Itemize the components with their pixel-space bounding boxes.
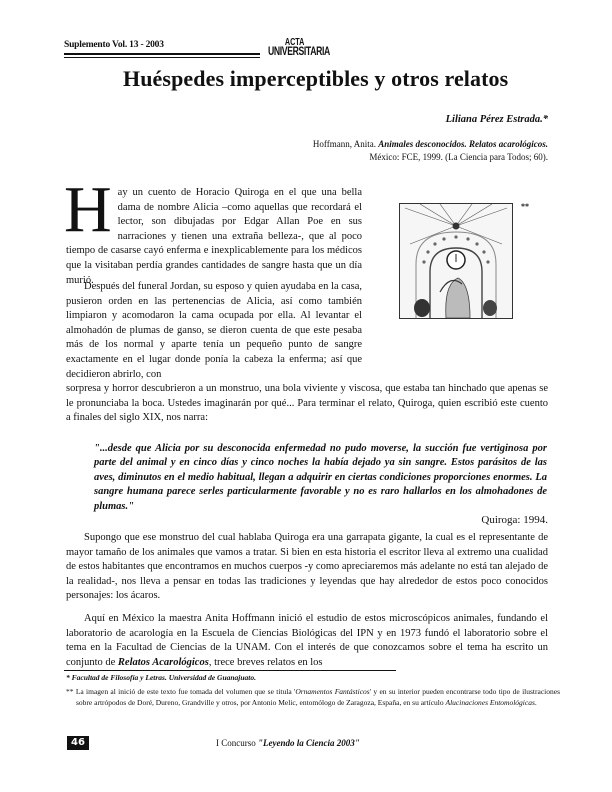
reference-publisher: México: FCE, 1999. (La Ciencia para Todo… — [369, 152, 548, 162]
book-title-relatos: Relatos Acarológicos — [118, 657, 209, 668]
footnote-image-source: ** La imagen al inició de este texto fue… — [66, 686, 560, 708]
footnote2-text-c: . — [535, 698, 537, 707]
footnote2-text-a: ** La imagen al inició de este texto fue… — [66, 687, 295, 696]
contest-name: "Leyendo la Ciencia 2003" — [258, 738, 360, 748]
logo-line2: UNIVERSITARIA — [268, 47, 311, 56]
paragraph-hoffmann-end: , trece breves relatos en los — [209, 657, 323, 668]
paragraph-hoffmann: Aquí en México la maestra Anita Hoffmann… — [66, 612, 548, 670]
paragraph-funeral: Después del funeral Jordan, su esposo y … — [66, 280, 362, 382]
reference-author: Hoffmann, Anita. — [313, 139, 378, 149]
footnote2-volume-title: Ornamentos Fantásticos — [295, 687, 369, 696]
paragraph-intro: Hay un cuento de Horacio Quiroga en el q… — [66, 186, 362, 288]
contest-label: I Concurso — [216, 738, 258, 748]
quote-citation: Quiroga: 1994. — [481, 514, 548, 526]
footnote-affiliation: * Facultad de Filosofía y Letras. Univer… — [66, 673, 256, 682]
footnote-divider — [64, 670, 396, 671]
acta-universitaria-logo: ACTA UNIVERSITARIA — [268, 38, 311, 56]
page-number: 46 — [67, 736, 89, 750]
article-title: Huéspedes imperceptibles y otros relatos — [123, 66, 508, 92]
paragraph-funeral-continued: sorpresa y horror descubrieron a un mons… — [66, 382, 548, 426]
illustration-ornamentos-fantasticos — [399, 203, 513, 319]
figure-footnote-mark: ** — [521, 202, 529, 211]
author: Liliana Pérez Estrada.* — [446, 114, 548, 125]
contest-footer: I Concurso "Leyendo la Ciencia 2003" — [216, 738, 360, 748]
header-rule — [64, 53, 260, 55]
reference-book-title: Animales desconocidos. Relatos acarológi… — [378, 139, 548, 149]
book-reference: Hoffmann, Anita. Animales desconocidos. … — [313, 138, 548, 164]
paragraph-garrapata: Supongo que ese monstruo del cual hablab… — [66, 531, 548, 604]
supplement-label: Suplemento Vol. 13 - 2003 — [64, 40, 164, 50]
block-quote: "...desde que Alicia por su desconocida … — [94, 442, 547, 514]
spider-arch-illustration-icon — [400, 204, 512, 318]
drop-cap: H — [64, 184, 112, 236]
footnote2-article-title: Alucinaciones Entomológicas — [446, 698, 535, 707]
header-rule-thin — [64, 57, 260, 58]
